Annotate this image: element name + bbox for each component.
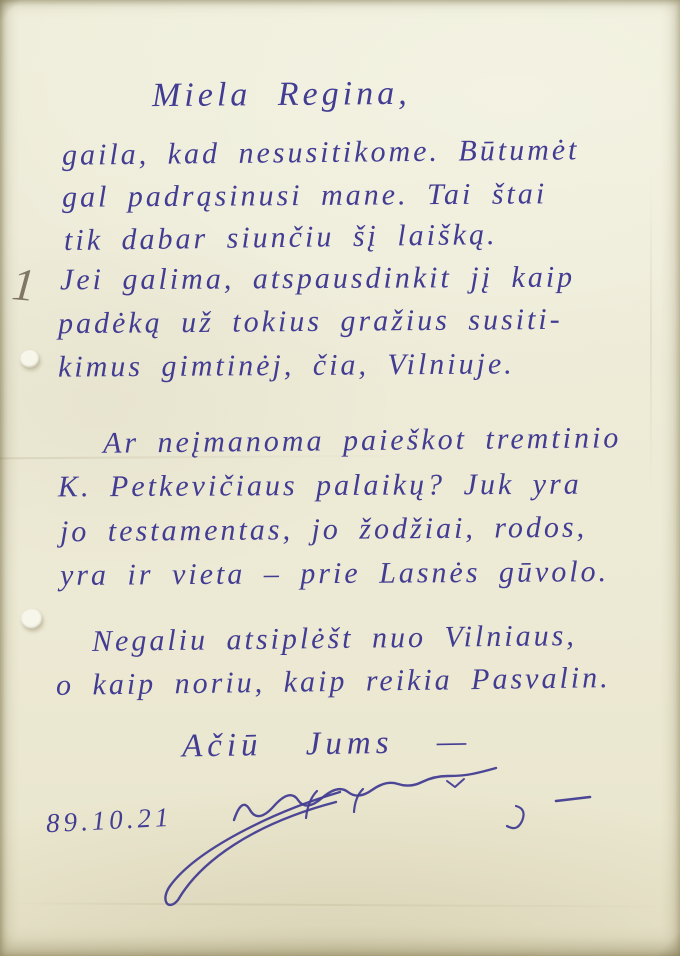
body-line: Jei galima, atspausdinkit jį kaip <box>60 261 575 297</box>
scan-corner-shadow <box>0 0 60 60</box>
scanned-letter-page: 1 Miela Regina, gaila, kad nesusitikome.… <box>0 0 680 956</box>
body-line: gaila, kad nesusitikome. Būtumėt <box>62 133 580 171</box>
scan-corner-shadow <box>600 896 680 956</box>
body-line: Negaliu atsiplėšt nuo Vilniaus, <box>92 619 577 658</box>
body-line: gal padrąsinusi mane. Tai štai <box>62 177 547 213</box>
body-line: jo testamentas, jo žodžiai, rodos, <box>60 511 587 549</box>
punch-hole-top <box>20 350 40 369</box>
greeting-line: Miela Regina, <box>152 75 411 115</box>
closing-line: Ačiū Jums — <box>182 723 472 764</box>
body-line: tik dabar siunčiu šį laišką. <box>64 218 498 257</box>
body-line: Ar neįmanoma paieškot tremtinio <box>103 421 622 459</box>
body-line: yra ir vieta – prie Lasnės gūvolo. <box>60 555 609 592</box>
punch-hole-bottom <box>21 609 43 630</box>
body-line: K. Petkevičiaus palaikų? Juk yra <box>58 468 582 504</box>
body-line: padėką už tokius gražius susiti- <box>58 303 563 340</box>
body-line: kimus gimtinėj, čia, Vilniuje. <box>58 347 515 383</box>
pencil-mark: 1 <box>10 257 38 312</box>
